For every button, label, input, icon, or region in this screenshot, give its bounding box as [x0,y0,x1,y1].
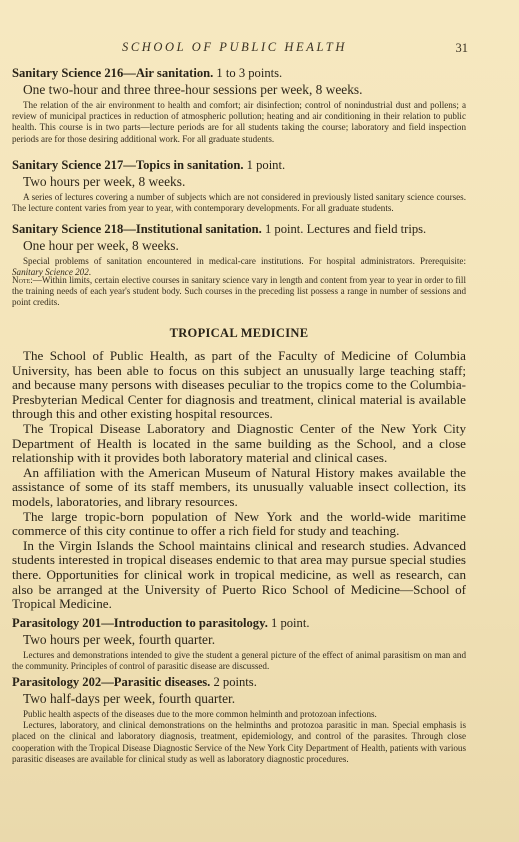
course-sanitary-science-218: Sanitary Science 218—Institutional sanit… [12,222,466,278]
paragraph: The Tropical Disease Laboratory and Diag… [12,422,466,466]
course-title: Sanitary Science 218—Institutional sanit… [12,222,466,237]
course-schedule: One hour per week, 8 weeks. [12,238,466,254]
course-credit: 1 point. [268,616,310,630]
course-title: Parasitology 201—Introduction to parasit… [12,616,466,631]
tropical-medicine-body: The School of Public Health, as part of … [12,349,466,612]
course-sanitary-science-216: Sanitary Science 216—Air sanitation. 1 t… [12,66,466,145]
note-text: —Within limits, certain elective courses… [12,275,466,307]
section-heading-tropical-medicine: TROPICAL MEDICINE [12,326,466,341]
course-description: A series of lectures covering a number o… [12,192,466,214]
course-name: Sanitary Science 216—Air sanitation. [12,66,213,80]
prerequisite-label: Prerequisite: [420,256,466,266]
course-description-continued: Lectures, laboratory, and clinical demon… [12,720,466,765]
running-head-title: SCHOOL OF PUBLIC HEALTH [122,40,347,55]
course-title: Parasitology 202—Parasitic diseases. 2 p… [12,675,466,690]
course-name: Sanitary Science 218—Institutional sanit… [12,222,262,236]
course-title: Sanitary Science 216—Air sanitation. 1 t… [12,66,466,81]
paragraph: The large tropic-born population of New … [12,510,466,539]
course-name: Parasitology 201—Introduction to parasit… [12,616,268,630]
note-label: Note: [12,275,33,285]
elective-note: Note:—Within limits, certain elective co… [12,275,466,309]
description-text: Special problems of sanitation encounter… [23,256,415,266]
course-schedule: One two-hour and three three-hour sessio… [12,82,466,98]
paragraph: An affiliation with the American Museum … [12,466,466,510]
course-credit: 1 point. [244,158,286,172]
course-description: The relation of the air environment to h… [12,100,466,145]
course-credit: 1 point. Lectures and field trips. [262,222,426,236]
course-title: Sanitary Science 217—Topics in sanitatio… [12,158,466,173]
page-number: 31 [456,41,469,56]
course-schedule: Two hours per week, fourth quarter. [12,632,466,648]
course-name: Sanitary Science 217—Topics in sanitatio… [12,158,244,172]
course-credit: 2 points. [210,675,257,689]
course-credit: 1 to 3 points. [213,66,282,80]
paragraph: The School of Public Health, as part of … [12,349,466,422]
course-sanitary-science-217: Sanitary Science 217—Topics in sanitatio… [12,158,466,214]
course-name: Parasitology 202—Parasitic diseases. [12,675,210,689]
running-head: SCHOOL OF PUBLIC HEALTH 31 [12,40,466,56]
course-schedule: Two half-days per week, fourth quarter. [12,691,466,707]
paragraph: In the Virgin Islands the School maintai… [12,539,466,612]
course-parasitology-201: Parasitology 201—Introduction to parasit… [12,616,466,672]
course-parasitology-202: Parasitology 202—Parasitic diseases. 2 p… [12,675,466,765]
course-description: Public health aspects of the diseases du… [12,709,466,720]
course-description: Lectures and demonstrations intended to … [12,650,466,672]
course-schedule: Two hours per week, 8 weeks. [12,174,466,190]
